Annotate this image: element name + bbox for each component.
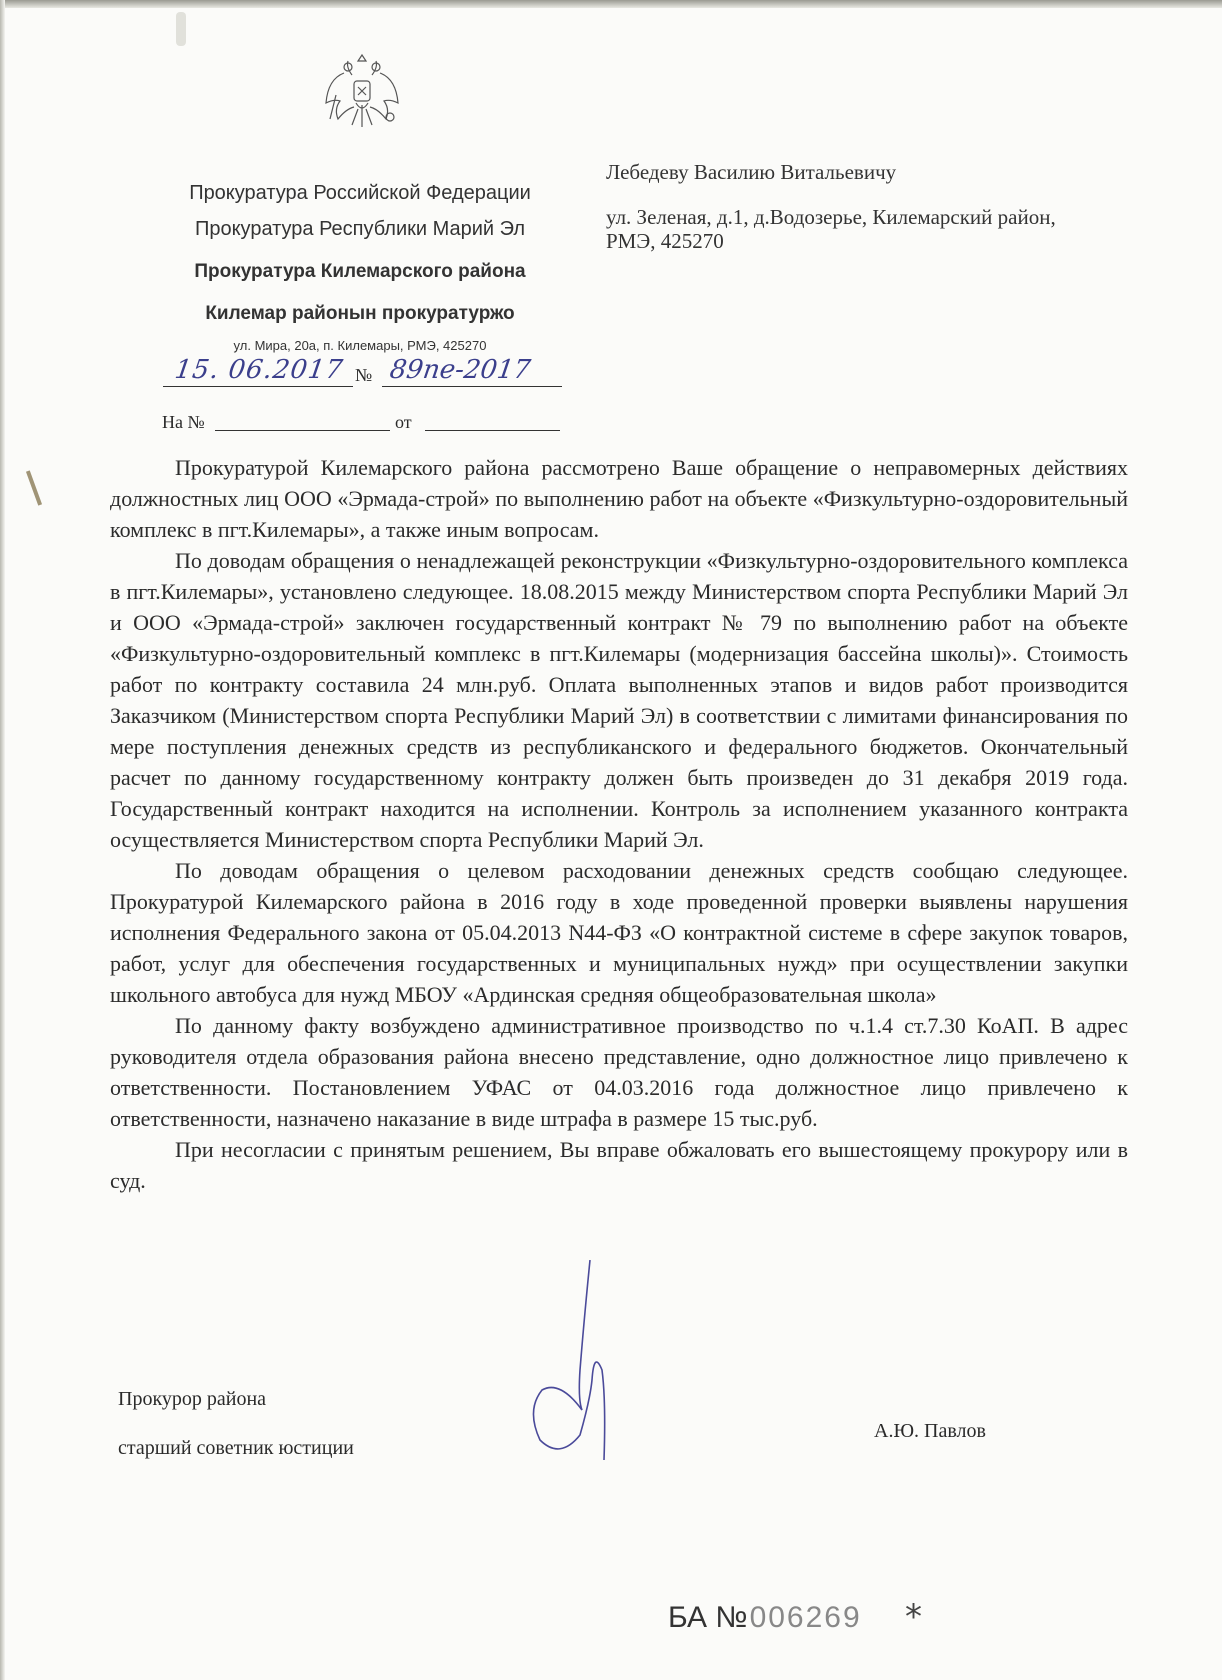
signer-rank: старший советник юстиции xyxy=(118,1437,354,1460)
scan-edge-top xyxy=(0,0,1222,8)
signer-name: А.Ю. Павлов xyxy=(874,1420,986,1443)
sender-line-2: Прокуратура Республики Марий Эл xyxy=(130,218,590,241)
handwritten-number: 89пе-2017 xyxy=(388,355,532,385)
reply-to-label: На № xyxy=(162,412,205,433)
signer-position: Прокурор района xyxy=(118,1388,266,1411)
coat-of-arms-icon xyxy=(322,45,402,140)
handwritten-date: 15. 06.2017 xyxy=(173,355,345,385)
sender-line-4: Килемар районын прокуратуржо xyxy=(130,303,590,325)
sender-line-1: Прокуратура Российской Федерации xyxy=(130,182,590,205)
reply-to-underline xyxy=(215,430,390,431)
scan-edge-left xyxy=(0,0,5,1680)
pen-mark xyxy=(26,470,42,505)
asterisk-icon: * xyxy=(905,1597,922,1637)
number-sign: № xyxy=(355,365,372,386)
serial-series: БА № xyxy=(668,1601,748,1634)
serial-number: 006269 xyxy=(750,1601,862,1634)
from-label: от xyxy=(395,412,412,433)
paragraph: По доводам обращения о ненадлежащей реко… xyxy=(110,545,1128,855)
paragraph: По доводам обращения о целевом расходова… xyxy=(110,855,1128,1010)
sender-address: ул. Мира, 20а, п. Килемары, РМЭ, 425270 xyxy=(130,338,590,353)
recipient-name: Лебедеву Василию Витальевичу xyxy=(606,160,896,185)
recipient-address: ул. Зеленая, д.1, д.Водозерье, Килемарск… xyxy=(606,205,1096,253)
date-underline xyxy=(163,386,353,387)
paragraph: По данному факту возбуждено администрати… xyxy=(110,1010,1128,1134)
paragraph: При несогласии с принятым решением, Вы в… xyxy=(110,1134,1128,1196)
number-underline xyxy=(382,386,562,387)
signature-icon xyxy=(520,1260,640,1460)
form-serial: БА №006269 xyxy=(668,1601,862,1635)
from-underline xyxy=(425,430,560,431)
paragraph: Прокуратурой Килемарского района рассмот… xyxy=(110,452,1128,545)
letter-body: Прокуратурой Килемарского района рассмот… xyxy=(110,452,1128,1196)
scan-artifact xyxy=(176,12,186,46)
sender-line-3: Прокуратура Килемарского района xyxy=(130,261,590,283)
